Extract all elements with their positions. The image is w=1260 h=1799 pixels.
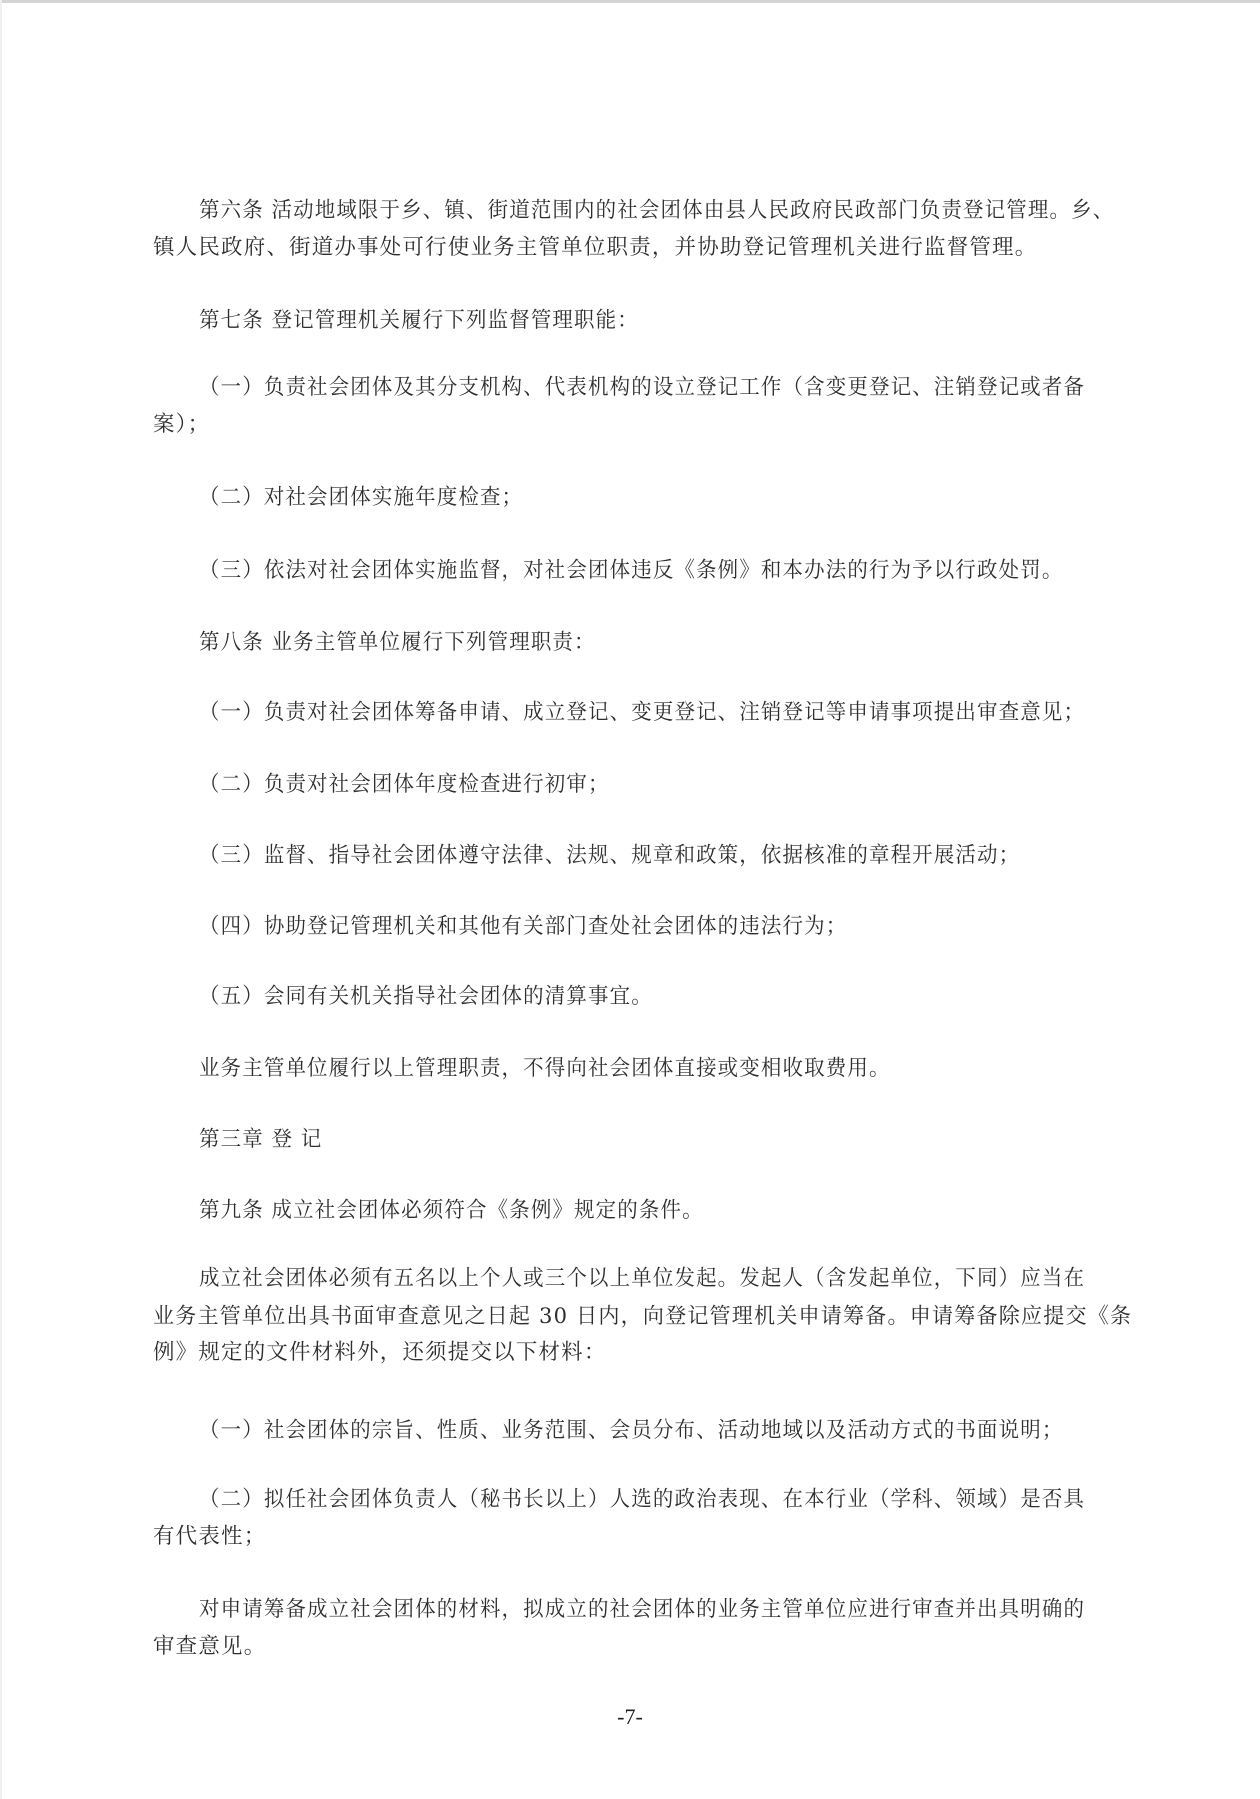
article-8-heading: 第八条 业务主管单位履行下列管理职责： <box>199 628 1132 658</box>
article-8-item-4: （四）协助登记管理机关和其他有关部门查处社会团体的违法行为； <box>199 912 1132 942</box>
chapter-3-heading: 第三章 登 记 <box>199 1125 1132 1155</box>
article-8-note: 业务主管单位履行以上管理职责，不得向社会团体直接或变相收取费用。 <box>199 1054 1132 1084</box>
article-9-para-line-1: 成立社会团体必须有五名以上个人或三个以上单位发起。发起人（含发起单位，下同）应当… <box>199 1264 1132 1294</box>
article-9-heading: 第九条 成立社会团体必须符合《条例》规定的条件。 <box>199 1196 1132 1226</box>
article-9-review-line-2: 审查意见。 <box>153 1632 1132 1662</box>
article-6-line-1: 第六条 活动地域限于乡、镇、街道范围内的社会团体由县人民政府民政部门负责登记管理… <box>199 196 1132 226</box>
article-9-item-2-line-2: 有代表性； <box>153 1522 1132 1552</box>
article-7-item-1-line-1: （一）负责社会团体及其分支机构、代表机构的设立登记工作（含变更登记、注销登记或者… <box>199 373 1132 403</box>
article-8-item-2: （二）负责对社会团体年度检查进行初审； <box>199 770 1132 800</box>
article-9-item-1: （一）社会团体的宗旨、性质、业务范围、会员分布、活动地域以及活动方式的书面说明； <box>199 1416 1132 1446</box>
document-page: 第六条 活动地域限于乡、镇、街道范围内的社会团体由县人民政府民政部门负责登记管理… <box>0 0 1260 1799</box>
article-9-item-2-line-1: （二）拟任社会团体负责人（秘书长以上）人选的政治表现、在本行业（学科、领域）是否… <box>199 1485 1132 1515</box>
article-8-item-5: （五）会同有关机关指导社会团体的清算事宜。 <box>199 982 1132 1012</box>
article-7-item-2: （二）对社会团体实施年度检查； <box>199 483 1132 513</box>
article-6-line-2: 镇人民政府、街道办事处可行使业务主管单位职责，并协助登记管理机关进行监督管理。 <box>153 233 1132 263</box>
article-8-item-3: （三）监督、指导社会团体遵守法律、法规、规章和政策，依据核准的章程开展活动； <box>199 841 1132 871</box>
article-9-review-line-1: 对申请筹备成立社会团体的材料，拟成立的社会团体的业务主管单位应进行审查并出具明确… <box>199 1595 1132 1625</box>
page-number: -7- <box>0 1704 1260 1730</box>
article-8-item-1: （一）负责对社会团体筹备申请、成立登记、变更登记、注销登记等申请事项提出审查意见… <box>199 698 1132 728</box>
article-7-item-3: （三）依法对社会团体实施监督，对社会团体违反《条例》和本办法的行为予以行政处罚。 <box>199 556 1132 586</box>
article-7-item-1-line-2: 案）； <box>153 410 1132 440</box>
article-9-para-line-3: 例》规定的文件材料外，还须提交以下材料： <box>153 1338 1132 1368</box>
article-9-para-line-2: 业务主管单位出具书面审查意见之日起 30 日内，向登记管理机关申请筹备。申请筹备… <box>153 1302 1113 1332</box>
article-7-heading: 第七条 登记管理机关履行下列监督管理职能： <box>199 306 1132 336</box>
